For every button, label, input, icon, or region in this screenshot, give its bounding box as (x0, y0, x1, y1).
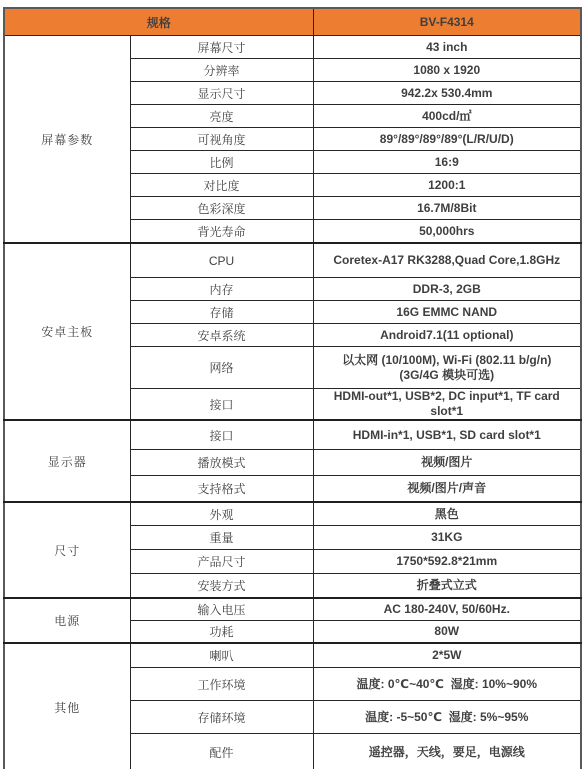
spec-value-cell: 43 inch (313, 36, 581, 59)
spec-name-cell: 外观 (130, 502, 313, 526)
spec-name-cell: 屏幕尺寸 (130, 36, 313, 59)
table-row: 电源输入电压AC 180-240V, 50/60Hz. (4, 598, 581, 621)
spec-value-cell: 以太网 (10/100M), Wi-Fi (802.11 b/g/n) (3G/… (313, 347, 581, 389)
spec-value-cell: Android7.1(11 optional) (313, 324, 581, 347)
spec-value-cell: 1080 x 1920 (313, 59, 581, 82)
spec-name-cell: 比例 (130, 151, 313, 174)
spec-name-cell: 背光寿命 (130, 220, 313, 244)
category-cell: 安卓主板 (4, 243, 130, 420)
spec-name-cell: 配件 (130, 734, 313, 769)
spec-value-cell: 1750*592.8*21mm (313, 550, 581, 574)
spec-name-cell: 亮度 (130, 105, 313, 128)
spec-name-cell: 产品尺寸 (130, 550, 313, 574)
spec-value-cell: 温度: 0℃~40℃ 湿度: 10%~90% (313, 668, 581, 701)
spec-value-cell: 视频/图片 (313, 450, 581, 476)
table-row: 安卓主板CPUCoretex-A17 RK3288,Quad Core,1.8G… (4, 243, 581, 278)
spec-table-body: 屏幕参数屏幕尺寸43 inch分辨率1080 x 1920显示尺寸942.2x … (4, 36, 581, 769)
spec-value-cell: 16G EMMC NAND (313, 301, 581, 324)
category-cell: 电源 (4, 598, 130, 643)
table-row: 屏幕参数屏幕尺寸43 inch (4, 36, 581, 59)
table-row: 其他喇叭2*5W (4, 643, 581, 668)
spec-name-cell: 分辨率 (130, 59, 313, 82)
spec-name-cell: 显示尺寸 (130, 82, 313, 105)
spec-name-cell: 接口 (130, 389, 313, 421)
spec-name-cell: 网络 (130, 347, 313, 389)
spec-name-cell: 功耗 (130, 621, 313, 644)
spec-value-cell: 折叠式立式 (313, 574, 581, 599)
spec-value-cell: 400cd/㎡ (313, 105, 581, 128)
spec-value-cell: 视频/图片/声音 (313, 476, 581, 503)
spec-table: 规格 BV-F4314 屏幕参数屏幕尺寸43 inch分辨率1080 x 192… (3, 7, 582, 769)
spec-value-cell: 80W (313, 621, 581, 644)
spec-name-cell: 安卓系统 (130, 324, 313, 347)
spec-value-cell: DDR-3, 2GB (313, 278, 581, 301)
spec-name-cell: 内存 (130, 278, 313, 301)
spec-value-cell: Coretex-A17 RK3288,Quad Core,1.8GHz (313, 243, 581, 278)
spec-value-cell: 黑色 (313, 502, 581, 526)
spec-name-cell: 存储 (130, 301, 313, 324)
spec-name-cell: 安装方式 (130, 574, 313, 599)
header-model-cell: BV-F4314 (313, 8, 581, 36)
spec-name-cell: 喇叭 (130, 643, 313, 668)
spec-name-cell: 输入电压 (130, 598, 313, 621)
spec-name-cell: CPU (130, 243, 313, 278)
header-spec-cell: 规格 (4, 8, 313, 36)
spec-value-cell: 50,000hrs (313, 220, 581, 244)
spec-name-cell: 接口 (130, 420, 313, 450)
spec-name-cell: 色彩深度 (130, 197, 313, 220)
spec-name-cell: 播放模式 (130, 450, 313, 476)
spec-name-cell: 重量 (130, 526, 313, 550)
spec-value-cell: HDMI-out*1, USB*2, DC input*1, TF card s… (313, 389, 581, 421)
spec-value-cell: 温度: -5~50℃ 湿度: 5%~95% (313, 701, 581, 734)
spec-name-cell: 可视角度 (130, 128, 313, 151)
spec-value-cell: 16:9 (313, 151, 581, 174)
category-cell: 尺寸 (4, 502, 130, 598)
spec-name-cell: 存储环境 (130, 701, 313, 734)
spec-name-cell: 对比度 (130, 174, 313, 197)
spec-value-cell: 2*5W (313, 643, 581, 668)
category-cell: 其他 (4, 643, 130, 769)
spec-value-cell: 89°/89°/89°/89°(L/R/U/D) (313, 128, 581, 151)
spec-value-cell: 942.2x 530.4mm (313, 82, 581, 105)
spec-value-cell: 1200:1 (313, 174, 581, 197)
spec-value-cell: 遥控器，天线，要足，电源线 (313, 734, 581, 769)
category-cell: 显示器 (4, 420, 130, 502)
spec-value-cell: AC 180-240V, 50/60Hz. (313, 598, 581, 621)
spec-value-cell: HDMI-in*1, USB*1, SD card slot*1 (313, 420, 581, 450)
table-row: 显示器接口HDMI-in*1, USB*1, SD card slot*1 (4, 420, 581, 450)
spec-name-cell: 支持格式 (130, 476, 313, 503)
spec-value-cell: 16.7M/8Bit (313, 197, 581, 220)
spec-value-cell: 31KG (313, 526, 581, 550)
category-cell: 屏幕参数 (4, 36, 130, 244)
spec-name-cell: 工作环境 (130, 668, 313, 701)
header-row: 规格 BV-F4314 (4, 8, 581, 36)
spec-sheet-page: 规格 BV-F4314 屏幕参数屏幕尺寸43 inch分辨率1080 x 192… (0, 0, 586, 769)
table-row: 尺寸外观黑色 (4, 502, 581, 526)
